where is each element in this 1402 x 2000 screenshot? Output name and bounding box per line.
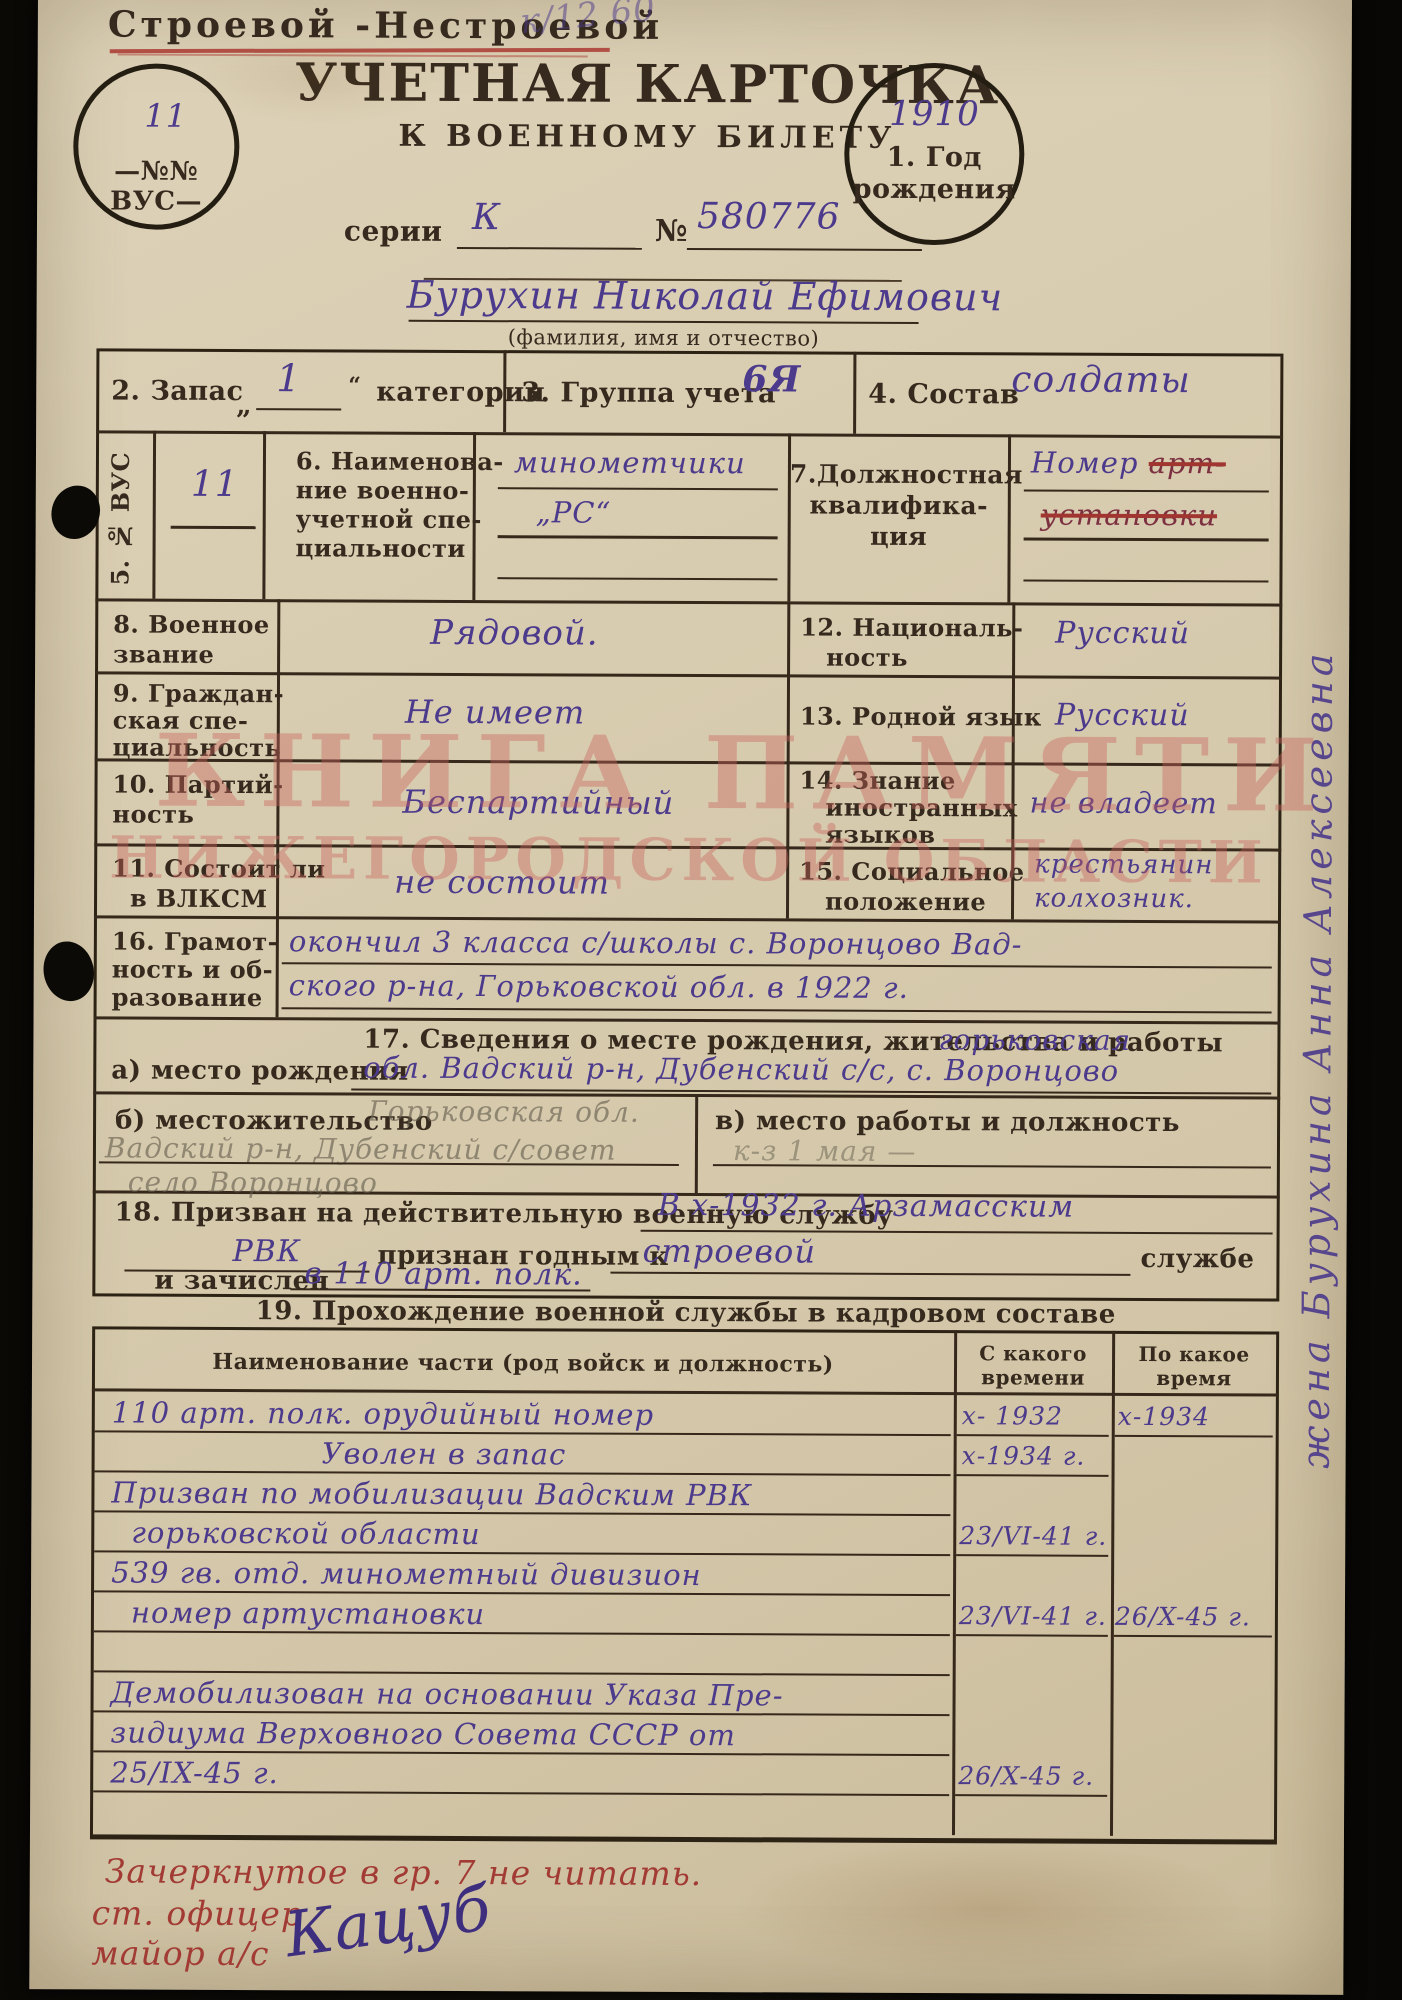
field3-value-handwritten: 6Я [742, 358, 801, 400]
section17v-value-pencil: к-з 1 мая — [733, 1134, 917, 1168]
field12-label: 12. Националь- ность [800, 612, 1023, 673]
series-underline [457, 247, 642, 250]
birth-year-label-2: рождения [849, 174, 1019, 206]
service-col-from-header-2: времени [954, 1365, 1112, 1390]
paper-hole [38, 937, 99, 1006]
label-line: ность и об- [112, 955, 278, 984]
series-value-handwritten: К [472, 197, 501, 238]
section18-value2b-handwritten: строевой [642, 1232, 816, 1271]
service-row-from: х- 1932 [962, 1401, 1063, 1430]
service-row-from: 23/VI-41 г. [959, 1601, 1107, 1631]
service-row-from: 26/X-45 г. [958, 1761, 1094, 1791]
service-row-name: 539 гв. отд. минометный дивизион [111, 1555, 702, 1592]
service-col-from-header-1: С какого [954, 1341, 1112, 1366]
service-row-from: х-1934 г. [962, 1441, 1086, 1471]
section18-label2b: службе [1140, 1244, 1254, 1274]
field7-label-line: квалифика- [790, 489, 1008, 521]
name-underline [409, 320, 919, 324]
service-row-from: 23/VI-41 г. [959, 1521, 1107, 1551]
service-col-to-header-2: время [1112, 1366, 1276, 1391]
service-row-name: Уволен в запас [322, 1436, 567, 1471]
service-col-name-header: Наименование части (род войск и должност… [92, 1348, 954, 1378]
field5-underline [171, 526, 256, 529]
vline [695, 1094, 698, 1193]
field6-label-line: учетной спе- [296, 504, 504, 534]
section17-heading-handwritten: горьковская [938, 1023, 1131, 1057]
number-sign: № [655, 214, 688, 249]
field2-value-handwritten: 1 [276, 356, 301, 400]
section18-value1-handwritten: В х-1932 г. Арзамасским [658, 1188, 1075, 1225]
field2-quote-close: “ [348, 372, 361, 398]
field6-label-line: ние военно- [296, 475, 504, 505]
service-row-to: 26/X-45 г. [1115, 1602, 1251, 1632]
field7-label: 7.Должностная квалифика- ция [790, 458, 1008, 552]
section19-heading: 19. Прохождение военной службы в кадрово… [92, 1295, 1279, 1330]
paper-stain [187, 34, 447, 125]
service-row-name: 110 арт. полк. орудийный номер [112, 1395, 654, 1431]
series-label: серии [344, 214, 443, 247]
field4-label: 4. Состав [868, 379, 1019, 411]
field4-value-handwritten: солдаты [1011, 359, 1191, 401]
service-row-to: х-1934 [1118, 1402, 1210, 1431]
number-underline [687, 248, 922, 251]
field16-label: 16. Грамот- ность и об- разование [112, 927, 279, 1012]
section17b-value1-pencil: Горьковская обл. [368, 1095, 640, 1129]
field7-value-line1-handwritten: Номер арт- [1031, 445, 1226, 480]
field5-label: 5. № ВУС [105, 445, 135, 585]
footer-red-note-3: майор а/с [91, 1933, 269, 1973]
vline [853, 352, 856, 434]
birth-year-label-1: 1. Год [849, 142, 1019, 174]
label-line: 16. Грамот- [112, 927, 278, 956]
birth-year-handwritten: 1910 [849, 94, 1019, 135]
service-row-name: Демобилизован на основании Указа Пре- [111, 1675, 784, 1712]
field7-label-line: ция [790, 520, 1008, 552]
card-number-handwritten: 580776 [697, 196, 841, 238]
field8-value-handwritten: Рядовой. [430, 613, 599, 654]
field2-underline [256, 408, 341, 410]
field7-value-struck: арт- [1149, 446, 1226, 480]
field7-label-line: 7.Должностная [790, 458, 1008, 490]
field3-label: 3. Группа учета [521, 377, 776, 409]
full-name-handwritten: Бурухин Николай Ефимович [407, 273, 927, 319]
field6-label: 6. Наименова- ние военно- учетной спе- ц… [296, 446, 504, 563]
section18-value2a-handwritten: РВК [232, 1234, 301, 1269]
scanned-card: Строевой -Нестроевой к/12 60 11 —№№ ВУС—… [0, 0, 1402, 2000]
field8-label: 8. Военное звание [113, 609, 270, 670]
label-line: 9. Граждан- [113, 679, 284, 707]
service-row-name: зидиума Верховного Совета СССР от [110, 1715, 736, 1752]
label-line: звание [113, 639, 270, 670]
field6-label-line: циальности [296, 533, 504, 563]
field6-label-line: 6. Наименова- [296, 446, 504, 476]
field12-value-handwritten: Русский [1055, 616, 1190, 652]
field2-label-b: категории [376, 377, 545, 409]
card-paper: Строевой -Нестроевой к/12 60 11 —№№ ВУС—… [29, 0, 1352, 1995]
name-caption: (фамилия, имя и отчество) [408, 325, 918, 351]
field2-label: 2. Запас [111, 375, 243, 407]
archive-watermark-line1: КНИГА ПАМЯТИ [154, 712, 1331, 835]
field2-quote-open: „ [236, 390, 252, 421]
field6-value-line1-handwritten: минометчики [514, 445, 746, 480]
margin-note-vertical: жена Бурухина Анна Алексеевна [1294, 359, 1343, 1469]
section17a-value-handwritten: обл. Вадский р-н, Дубенский с/с, с. Воро… [363, 1051, 1119, 1088]
field5-value-handwritten: 11 [191, 464, 239, 505]
service-row-name: номер артустановки [131, 1596, 485, 1632]
field16-value-line1-handwritten: окончил 3 класса с/школы с. Воронцово Ва… [289, 924, 1023, 961]
service-col-to-header-1: По какое [1112, 1342, 1276, 1367]
paper-stain [729, 1836, 1250, 1978]
label-line: 8. Военное [113, 609, 270, 640]
birth-year-circle: 1910 1. Год рождения [844, 63, 1025, 246]
field7-value-line2-struck: установки [1041, 498, 1217, 533]
field16-value-line2-handwritten: ского р-на, Горьковской обл. в 1922 г. [289, 968, 909, 1005]
vus-number-handwritten: 11 [144, 97, 187, 135]
field6-value-line2-handwritten: „РС“ [536, 495, 612, 529]
service-row-name: горьковской области [131, 1516, 481, 1552]
vus-stamp-label: —№№ ВУС— [78, 156, 234, 217]
archive-watermark-line2: НИЖЕГОРОДСКОЙ ОБЛАСТИ [109, 823, 1269, 896]
footer-red-note-2: ст. офицер [92, 1893, 304, 1933]
service-row-name: Призван по мобилизации Вадским РВК [111, 1475, 752, 1512]
section18-value3-handwritten: в 110 арт. полк. [304, 1256, 582, 1292]
section18-label3: и зачислен [154, 1266, 329, 1297]
label-line: разование [112, 983, 278, 1012]
label-line: ность [800, 642, 1023, 673]
label-line: 12. Националь- [800, 612, 1023, 643]
service-row-name: 25/IX-45 г. [110, 1755, 279, 1790]
field7-value-normal: Номер [1031, 445, 1139, 479]
section17b-value3-pencil: село Воронцово [128, 1166, 378, 1200]
section17v-label: в) место работы и должность [715, 1106, 1180, 1138]
